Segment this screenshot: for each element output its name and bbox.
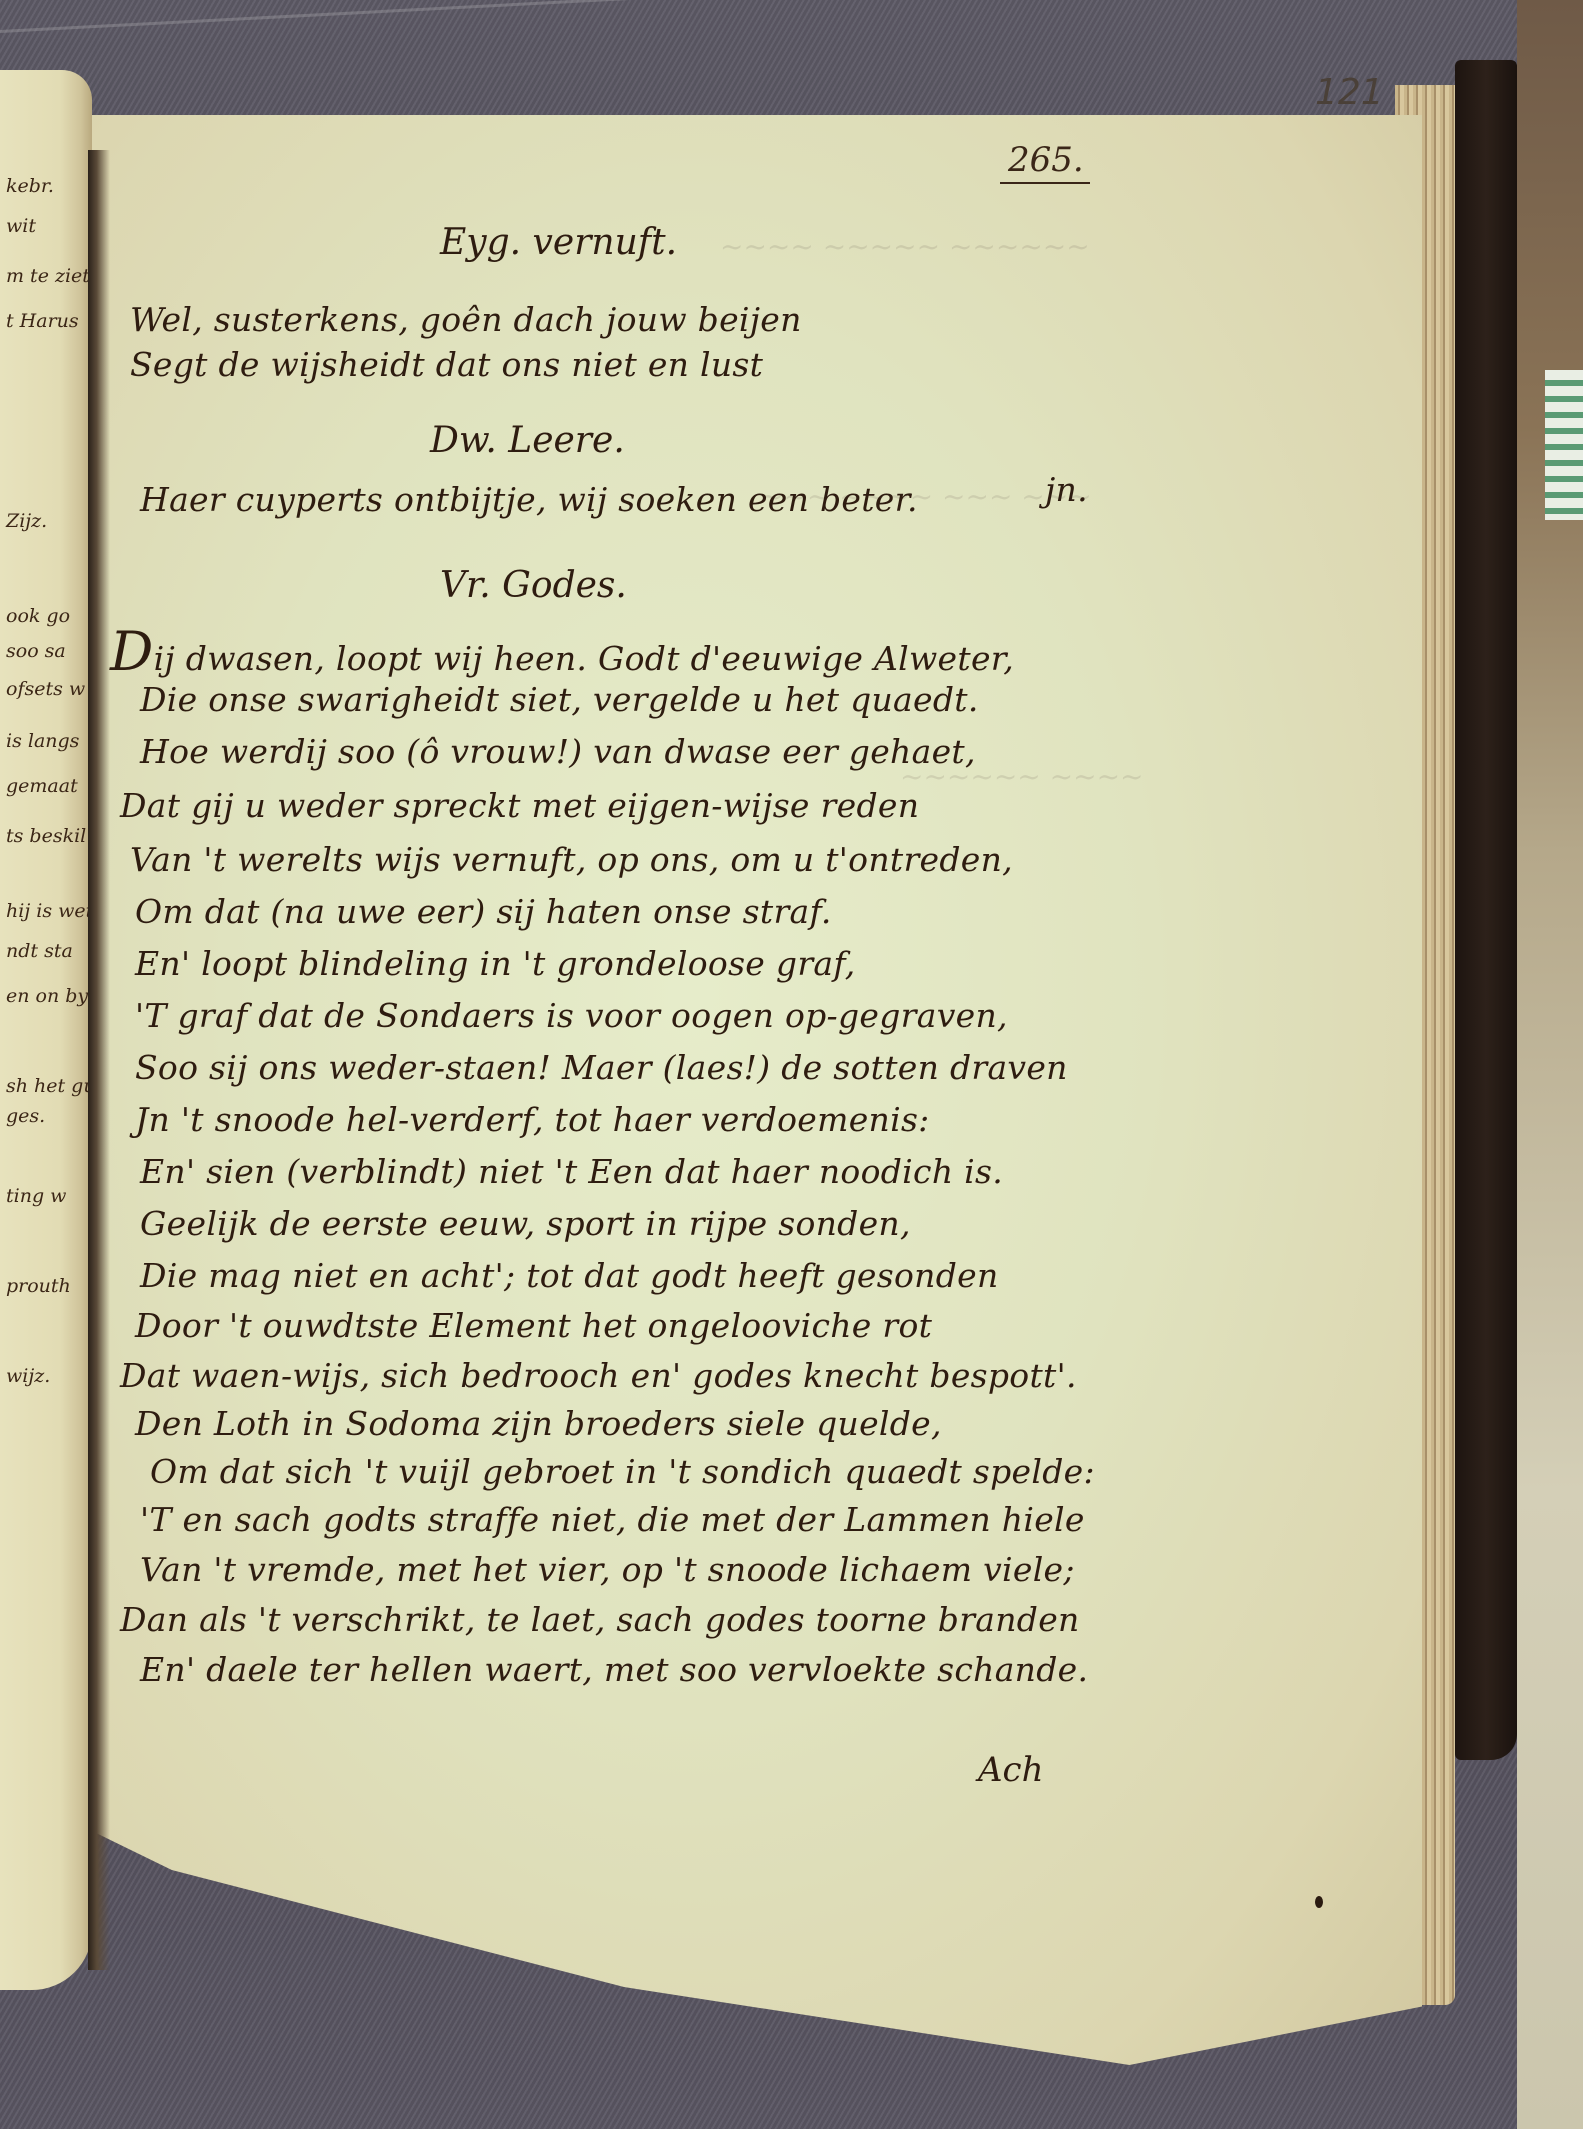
marginalia-line: hij is wet — [6, 900, 93, 922]
verse-line: Dat waen-wijs, sich bedrooch en' godes k… — [120, 1356, 1077, 1395]
verse-line: jn. — [1045, 470, 1088, 509]
marginalia-line: is langs — [6, 730, 79, 752]
marginalia-line: soo sa — [6, 640, 66, 662]
verse-line: Van 't vremde, met het vier, op 't snood… — [140, 1550, 1075, 1589]
library-label-tag — [1545, 370, 1583, 520]
marginalia-line: ges. — [6, 1105, 45, 1127]
marginalia-line: gemaat — [6, 775, 78, 797]
marginalia-line: wijz. — [6, 1365, 50, 1387]
verse-line: Soo sij ons weder-staen! Maer (laes!) de… — [135, 1048, 1068, 1087]
verse-line: Die mag niet en acht'; tot dat godt heef… — [140, 1256, 999, 1295]
speaker-heading: Dw. Leere. — [430, 420, 625, 461]
book-spine — [1455, 60, 1517, 1760]
verse-line: En' daele ter hellen waert, met soo verv… — [140, 1650, 1088, 1689]
verso-marginalia: kebr. wit m te ziet t Harus Zijz. ook go… — [0, 70, 80, 1990]
marginalia-line: ofsets w — [6, 678, 85, 700]
verse-line: Hoe werdij soo (ô vrouw!) van dwase eer … — [140, 732, 976, 771]
verse-line: En' loopt blindeling in 't grondeloose g… — [135, 944, 856, 983]
verse-line: Van 't werelts wijs vernuft, op ons, om … — [130, 840, 1013, 879]
marginalia-line: ting w — [6, 1185, 66, 1207]
recto-page — [92, 115, 1422, 2065]
verse-line: Die onse swarigheidt siet, vergelde u he… — [140, 680, 979, 719]
cloth-seam — [0, 0, 1581, 33]
marginalia-line: wit — [6, 215, 36, 237]
marginalia-line: sh het gu — [6, 1075, 96, 1097]
verse-line: Haer cuyperts ontbijtje, wij soeken een … — [140, 480, 918, 519]
show-through-text: ~~~~ ~~~~~ ~~~~~~ — [720, 230, 1090, 263]
marginalia-line: m te ziet — [6, 265, 90, 287]
verse-line: Door 't ouwdtste Element het ongeloovich… — [135, 1306, 932, 1345]
catchword: Ach — [978, 1750, 1044, 1790]
marginalia-line: t Harus — [6, 310, 79, 332]
verse-line: Wel, susterkens, goên dach jouw beijen — [130, 300, 802, 339]
marginalia-line: prouth — [6, 1275, 71, 1297]
gutter-shadow — [88, 150, 110, 1970]
verse-line: Segt de wijsheidt dat ons niet en lust — [130, 345, 763, 384]
verse-line: Om dat sich 't vuijl gebroet in 't sondi… — [150, 1452, 1095, 1491]
verse-line: Dat gij u weder spreckt met eijgen-wijse… — [120, 786, 919, 825]
speaker-heading: Eyg. vernuft. — [440, 222, 677, 263]
verse-line: 'T graf dat de Sondaers is voor oogen op… — [135, 996, 1008, 1035]
verse-line: 'T en sach godts straffe niet, die met d… — [140, 1500, 1085, 1539]
ink-spot — [1315, 1896, 1323, 1908]
verso-page-edge: kebr. wit m te ziet t Harus Zijz. ook go… — [0, 70, 92, 1990]
verse-line: En' sien (verblindt) niet 't Een dat hae… — [140, 1152, 1003, 1191]
marginalia-line: ts beskil — [6, 825, 86, 847]
verse-line: Jn 't snoode hel-verderf, tot haer verdo… — [135, 1100, 930, 1139]
verse-line: Dan als 't verschrikt, te laet, sach god… — [120, 1600, 1080, 1639]
speaker-heading: Vr. Godes. — [440, 565, 627, 606]
verse-line: Dij dwasen, loopt wij heen. Godt d'eeuwi… — [110, 620, 1014, 683]
verse-line: Den Loth in Sodoma zijn broeders siele q… — [135, 1404, 942, 1443]
marginalia-line: ndt sta — [6, 940, 73, 962]
page-number: 265. — [1000, 140, 1090, 184]
marginalia-line: ook go — [6, 605, 70, 627]
folio-number: 121 — [1315, 72, 1384, 113]
marginalia-line: kebr. — [6, 175, 54, 197]
background-right — [1517, 0, 1583, 2129]
verse-line: Geelijk de eerste eeuw, sport in rijpe s… — [140, 1204, 911, 1243]
marginalia-line: Zijz. — [6, 510, 47, 532]
verse-line: Om dat (na uwe eer) sij haten onse straf… — [135, 892, 832, 931]
marginalia-line: en on by — [6, 985, 88, 1007]
